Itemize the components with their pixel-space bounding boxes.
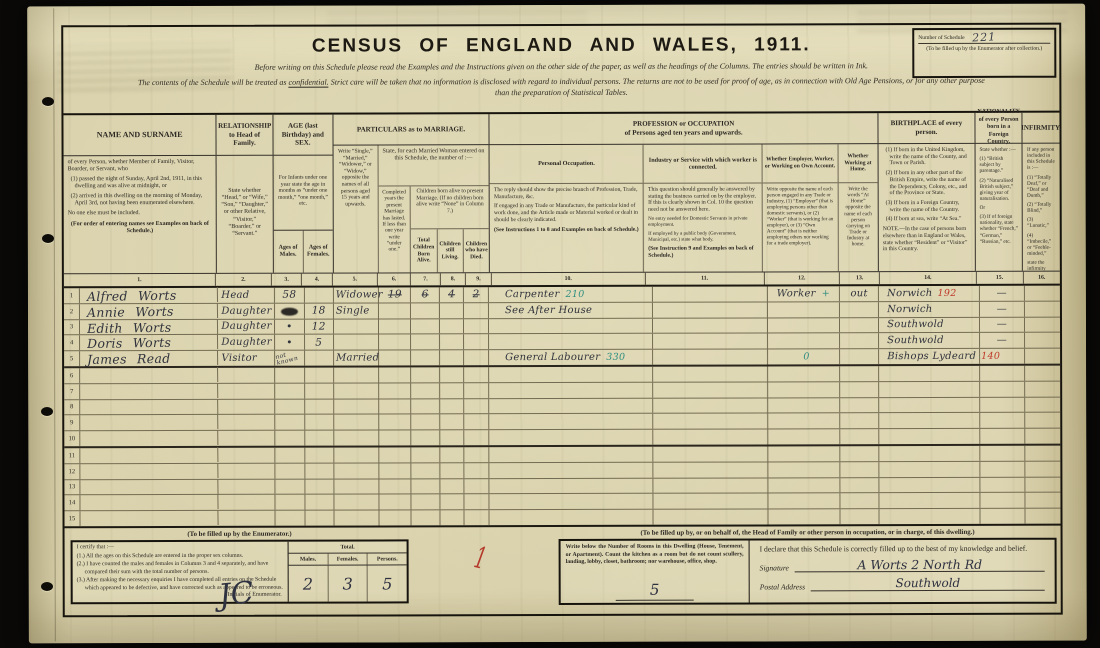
column-header-children-living: Children still Living.: [437, 229, 463, 272]
birthplace-cell: [879, 462, 980, 477]
children-total-cell: [411, 319, 439, 334]
at-home-cell: [841, 429, 880, 444]
column-header-ages-females: Ages of Females.: [304, 231, 333, 273]
column-header-birthplace: BIRTHPLACE of every person. (1) If born …: [878, 113, 975, 271]
column-number: 12.: [764, 272, 840, 284]
relationship-cell: [219, 448, 276, 463]
children-living-cell: [440, 383, 465, 398]
industry-cell: [653, 334, 767, 349]
infirmity-cell: [1025, 366, 1060, 381]
birthplace-cell: Bishops Lydeard140: [879, 349, 980, 364]
children-total-cell: [412, 495, 440, 510]
marital-condition-cell: [334, 431, 380, 446]
children-died-cell: [464, 335, 489, 350]
row-number: 3: [64, 320, 80, 335]
years-married-cell: [380, 479, 412, 494]
marital-condition-cell: [334, 511, 380, 526]
row-number: 1: [64, 288, 80, 303]
married-woman-statement: State, for each Married Woman entered on…: [378, 145, 489, 186]
years-married-cell: [379, 303, 411, 318]
employment-status-cell: [768, 478, 841, 493]
birthplace-cell: [879, 397, 980, 412]
children-died-cell: [465, 479, 490, 494]
age-females-cell: [305, 383, 334, 398]
name-cell: [80, 414, 218, 431]
years-married-cell: [379, 351, 411, 366]
column-number: 3.: [272, 274, 302, 286]
infirmity-cell: [1025, 333, 1060, 348]
occupation-cell: [489, 494, 653, 509]
age-males-cell: 58: [275, 288, 304, 303]
column-header-nationality: NATIONALITY of every Person born in a Fo…: [975, 113, 1023, 271]
table-row: 15: [64, 509, 1060, 526]
column-header-marital-condition: Write “Single,” “Married,” “Widower,” or…: [334, 145, 379, 272]
totals-persons-value: 5: [368, 565, 407, 601]
marital-condition-cell: [334, 463, 380, 478]
age-females-cell: [305, 495, 334, 510]
children-total-cell: [412, 447, 440, 462]
children-born-header: Children born alive to present Marriage.…: [411, 186, 489, 229]
row-number: 2: [64, 304, 80, 319]
infirmity-cell: [1025, 301, 1060, 316]
age-females-cell: 12: [305, 319, 334, 334]
children-died-cell: [464, 303, 489, 318]
signature-label: Signature: [760, 563, 789, 572]
infirmity-cell: [1025, 349, 1060, 364]
nationality-cell: [980, 477, 1025, 492]
census-form-paper: Number of Schedule 221 (To be filled up …: [27, 4, 1087, 644]
name-cell: [80, 399, 218, 416]
schedule-number-note: (To be filled up by the Enumerator after…: [918, 46, 1050, 53]
relationship-cell: [219, 479, 276, 494]
children-living-cell: [440, 415, 465, 430]
row-number: 7: [64, 384, 80, 399]
birthplace-cell: Norwich192: [879, 286, 980, 301]
at-home-cell: out: [840, 286, 879, 301]
marital-condition-cell: [334, 399, 380, 414]
employment-status-cell: [768, 302, 841, 317]
age-females-cell: [305, 431, 334, 446]
rooms-value: 5: [616, 581, 694, 601]
enumerator-heading: (To be filled up by the Enumerator.): [71, 530, 409, 538]
infirmity-cell: [1026, 493, 1061, 508]
form-title: CENSUS OF ENGLAND AND WALES, 1911.: [63, 34, 1059, 59]
enumerator-certification: I certify that :— (1.) All the ages on t…: [73, 542, 288, 603]
occupation-cell: [489, 334, 653, 349]
infirmity-cell: [1025, 413, 1060, 428]
name-cell: [80, 430, 218, 447]
name-cell: Doris Worts: [80, 334, 218, 351]
nationality-cell: —: [980, 317, 1025, 332]
children-total-cell: [412, 350, 440, 365]
postal-address-label: Postal Address: [760, 582, 805, 591]
children-total-cell: [412, 430, 440, 445]
age-males-cell: [276, 463, 305, 478]
instruction-line-2: The contents of the Schedule will be tre…: [63, 75, 1059, 99]
children-living-cell: [440, 463, 465, 478]
industry-cell: [653, 318, 767, 333]
ink-bleedthrough: [327, 7, 587, 24]
industry-cell: [654, 462, 768, 477]
industry-cell: [653, 382, 767, 397]
age-females-cell: [305, 399, 334, 414]
infirmity-cell: [1025, 397, 1060, 412]
age-males-cell: [276, 479, 305, 494]
column-header-relationship: RELATIONSHIP to Head of Family. State wh…: [217, 115, 274, 273]
relationship-cell: [219, 415, 276, 430]
nationality-cell: [980, 397, 1025, 412]
birthplace-cell: [880, 477, 981, 492]
children-living-cell: [440, 319, 465, 334]
industry-cell: [653, 350, 767, 365]
postal-address-value: Southwold: [811, 577, 1045, 592]
age-males-cell: [276, 511, 305, 526]
at-home-cell: [840, 318, 879, 333]
years-married-cell: [380, 399, 412, 414]
children-living-cell: [440, 367, 465, 382]
age-females-cell: [305, 479, 334, 494]
birthplace-cell: [880, 509, 981, 524]
red-tally-mark: 1: [471, 543, 488, 575]
years-married-cell: 19: [379, 287, 411, 302]
marital-condition-cell: [334, 367, 380, 382]
row-number: 9: [64, 416, 80, 431]
nationality-cell: [980, 366, 1025, 381]
enumerator-initials-signature: JC: [217, 573, 256, 616]
children-total-cell: [412, 510, 440, 525]
age-females-cell: 5: [305, 335, 334, 350]
infirmity-cell: [1025, 429, 1060, 444]
marital-condition-cell: [334, 447, 380, 462]
column-header-profession: PROFESSION or OCCUPATIONof Persons aged …: [490, 113, 879, 272]
at-home-cell: [841, 509, 880, 524]
column-number: 15.: [976, 272, 1023, 284]
occupation-cell: [489, 383, 653, 398]
children-died-cell: 2: [464, 287, 489, 302]
name-cell: [80, 463, 218, 480]
birthplace-cell: [879, 366, 980, 381]
children-died-cell: [465, 510, 490, 525]
marital-condition-cell: [334, 383, 380, 398]
name-cell: [80, 367, 218, 384]
years-married-cell: [379, 335, 411, 350]
footer-gap: 1: [409, 530, 559, 614]
children-total-cell: [412, 463, 440, 478]
children-living-cell: [440, 510, 465, 525]
marital-condition-cell: Married: [334, 351, 380, 366]
industry-cell: [653, 302, 767, 317]
column-header-age: AGE (last Birthday) and SEX. For Infants…: [273, 115, 334, 273]
relationship-cell: [219, 511, 276, 526]
signature-value: A Worts 2 North Rd: [795, 558, 1045, 573]
name-cell: Edith Worts: [80, 319, 218, 336]
age-females-cell: 18: [304, 303, 333, 318]
birthplace-cell: Southwold: [879, 333, 980, 348]
infirmity-cell: [1025, 317, 1060, 332]
name-cell: [80, 447, 218, 464]
children-died-cell: [464, 319, 489, 334]
infirmity-cell: [1025, 381, 1060, 396]
relationship-cell: [219, 384, 276, 399]
rooms-box: Write below the Number of Rooms in this …: [561, 540, 750, 602]
form-frame: Number of Schedule 221 (To be filled up …: [61, 23, 1063, 618]
children-total-cell: [412, 399, 440, 414]
employment-status-cell: [768, 366, 841, 381]
householder-section: (To be filled up by, or on behalf of, th…: [559, 529, 1057, 614]
years-married-cell: [380, 415, 412, 430]
column-number: 16.: [1024, 272, 1060, 284]
row-number: 5: [64, 351, 80, 366]
children-living-cell: [440, 335, 465, 350]
industry-cell: [654, 430, 768, 445]
marital-condition-cell: Single: [334, 303, 380, 318]
occupation-cell: General Labourer330: [489, 350, 653, 365]
age-males-cell: [276, 431, 305, 446]
column-number: 6.: [378, 273, 411, 285]
declaration-box: I declare that this Schedule is correctl…: [750, 540, 1055, 603]
column-number: 11.: [646, 272, 765, 284]
column-number: 7.: [411, 273, 440, 285]
column-header-personal-occupation: Personal Occupation. The reply should sh…: [490, 145, 644, 272]
name-cell: Annie Worts: [80, 303, 218, 320]
schedule-number-box: Number of Schedule 221 (To be filled up …: [912, 28, 1056, 78]
column-header-industry: Industry or Service with which worker is…: [644, 144, 763, 271]
totals-persons-label: Persons.: [368, 553, 407, 564]
enumerator-section: (To be filled up by the Enumerator.) I c…: [71, 530, 409, 615]
age-males-cell: [276, 495, 305, 510]
at-home-cell: [841, 494, 880, 509]
relationship-cell: [218, 368, 275, 383]
occupation-cell: [489, 430, 653, 445]
industry-cell: [654, 414, 768, 429]
column-number: 13.: [840, 272, 880, 284]
employment-status-cell: [768, 414, 841, 429]
column-header-working-at-home: Whether Working at Home. Write the words…: [838, 144, 878, 271]
industry-cell: [653, 286, 767, 301]
age-females-cell: [304, 288, 333, 303]
age-males-cell: [275, 383, 304, 398]
nationality-cell: [980, 446, 1025, 461]
children-living-cell: [440, 479, 465, 494]
occupation-cell: Carpenter210: [489, 287, 653, 302]
children-total-cell: [412, 335, 440, 350]
occupation-cell: [489, 447, 653, 462]
nationality-cell: —: [980, 286, 1025, 301]
birthplace-cell: [879, 446, 980, 461]
marital-condition-cell: Widower: [334, 287, 380, 302]
children-died-cell: [465, 383, 490, 398]
birthplace-cell: Southwold: [879, 317, 980, 332]
column-header-children-total: Total Children Born Alive.: [411, 229, 437, 272]
infirmity-cell: [1025, 286, 1060, 301]
employment-status-cell: [768, 494, 841, 509]
relationship-cell: [219, 464, 276, 479]
infirmity-cell: [1025, 446, 1060, 461]
schedule-number-value: 221: [972, 33, 996, 42]
occupation-cell: [489, 414, 653, 429]
children-total-cell: 6: [411, 287, 439, 302]
totals-males-label: Males.: [289, 554, 329, 565]
industry-cell: [654, 510, 768, 525]
row-number: 15: [64, 511, 80, 526]
census-photo: Number of Schedule 221 (To be filled up …: [0, 0, 1100, 648]
age-males-cell: [276, 448, 305, 463]
birthplace-cell: Norwich: [879, 302, 980, 317]
children-died-cell: [465, 350, 490, 365]
at-home-cell: [841, 446, 880, 461]
industry-cell: [654, 478, 768, 493]
totals-females-label: Females.: [328, 553, 368, 564]
row-number: 10: [64, 431, 80, 446]
at-home-cell: [840, 302, 879, 317]
age-females-cell: [305, 415, 334, 430]
column-number: 9.: [466, 273, 492, 285]
children-died-cell: [465, 415, 490, 430]
age-females-cell: [305, 368, 334, 383]
at-home-cell: [841, 414, 880, 429]
name-cell: Alfred Worts: [80, 287, 218, 304]
industry-cell: [654, 398, 768, 413]
at-home-cell: [841, 478, 880, 493]
marital-condition-cell: [334, 479, 380, 494]
industry-cell: [654, 446, 768, 461]
nationality-cell: [980, 382, 1025, 397]
name-cell: James Read: [80, 350, 218, 367]
occupation-cell: [489, 367, 653, 382]
relationship-cell: Daughter: [218, 319, 275, 334]
confidential-underlined: confidential.: [288, 77, 328, 87]
relationship-cell: Daughter: [218, 335, 275, 350]
employment-status-cell: [768, 509, 841, 524]
occupation-cell: [490, 510, 654, 525]
children-died-cell: [465, 430, 490, 445]
infirmity-cell: [1025, 477, 1060, 492]
column-number: 14.: [880, 272, 976, 284]
nationality-cell: [980, 462, 1025, 477]
column-number: 1.: [64, 274, 216, 286]
row-number: 12: [64, 464, 80, 479]
name-cell: [80, 494, 218, 511]
occupation-cell: [489, 463, 653, 478]
at-home-cell: [840, 349, 879, 364]
row-number: 8: [64, 400, 80, 415]
table-header: NAME AND SURNAME of every Person, whethe…: [63, 113, 1059, 274]
relationship-cell: [219, 431, 276, 446]
at-home-cell: [840, 334, 879, 349]
occupation-cell: [489, 398, 653, 413]
row-number: 4: [64, 336, 80, 351]
birthplace-cell: [880, 493, 981, 508]
census-table-body: 1 Alfred Worts Head 58 Widower 19 6 4 2 …: [64, 286, 1061, 529]
hole-punch: [41, 582, 53, 591]
years-married-cell: [379, 383, 411, 398]
birthplace-cell: [879, 429, 980, 444]
age-males-cell: •: [275, 319, 304, 334]
column-header-children-died: Children who have Died.: [464, 229, 489, 272]
column-header-ages-males: Ages of Males.: [273, 231, 303, 273]
years-married-cell: [379, 319, 411, 334]
hole-punch: [42, 97, 54, 106]
column-number: 2.: [216, 274, 272, 286]
form-header: Number of Schedule 221 (To be filled up …: [63, 25, 1059, 114]
relationship-cell: Visitor: [218, 351, 275, 366]
age-females-cell: [305, 351, 334, 366]
hole-punch: [42, 234, 54, 243]
employment-status-cell: [768, 318, 841, 333]
nationality-cell: [980, 509, 1025, 524]
children-died-cell: [465, 447, 490, 462]
column-header-marriage: PARTICULARS as to MARRIAGE. Write “Singl…: [333, 114, 490, 272]
employment-status-cell: 0: [768, 349, 841, 364]
occupation-cell: [489, 478, 653, 493]
industry-cell: [654, 494, 768, 509]
totals-males-value: 2: [289, 566, 329, 602]
at-home-cell: [841, 382, 880, 397]
marital-condition-cell: [334, 415, 380, 430]
infirmity-cell: [1026, 509, 1061, 524]
column-header-infirmity: INFIRMITY. If any person included in thi…: [1023, 113, 1060, 271]
years-married-cell: [380, 431, 412, 446]
at-home-cell: [841, 462, 880, 477]
binding-margin-line: [53, 8, 56, 641]
children-living-cell: [440, 350, 465, 365]
marital-condition-cell: [334, 319, 380, 334]
nationality-cell: [980, 413, 1025, 428]
employment-status-cell: [768, 462, 841, 477]
children-total-cell: [412, 415, 440, 430]
years-married-cell: [380, 447, 412, 462]
employment-status-cell: [768, 398, 841, 413]
occupation-cell: [489, 318, 653, 333]
relationship-cell: [219, 399, 276, 414]
years-married-cell: [380, 463, 412, 478]
age-females-cell: [305, 511, 334, 526]
employment-status-cell: [768, 429, 841, 444]
row-number: 13: [64, 480, 80, 495]
employment-status-cell: [768, 382, 841, 397]
row-number: 14: [64, 496, 80, 511]
infirmity-cell: [1025, 461, 1060, 476]
nationality-cell: —: [980, 333, 1025, 348]
hole-punch: [41, 407, 53, 416]
age-males-cell: not known: [275, 351, 304, 366]
marital-condition-cell: [334, 495, 380, 510]
children-living-cell: 4: [440, 287, 465, 302]
children-living-cell: [440, 495, 465, 510]
column-header-employment-status: Whether Employer, Worker, or Working on …: [763, 144, 839, 271]
declaration-text: I declare that this Schedule is correctl…: [760, 544, 1045, 554]
age-males-cell: [275, 415, 304, 430]
age-females-cell: [305, 463, 334, 478]
column-number: 10.: [492, 273, 646, 285]
children-total-cell: [412, 383, 440, 398]
at-home-cell: [840, 366, 879, 381]
column-number: 5.: [333, 273, 378, 285]
children-living-cell: [440, 399, 465, 414]
relationship-cell: Daughter: [218, 304, 275, 319]
relationship-cell: [219, 495, 276, 510]
totals-table: Total. Males. Females. Persons. 2 3 5: [288, 541, 407, 601]
age-males-cell: [275, 368, 304, 383]
column-header-years-married: Completed years the present Marriage has…: [378, 186, 411, 272]
employment-status-cell: [768, 334, 841, 349]
census-table: NAME AND SURNAME of every Person, whethe…: [63, 111, 1060, 529]
employment-status-cell: [768, 446, 841, 461]
nationality-cell: —: [980, 302, 1025, 317]
birthplace-cell: [879, 382, 980, 397]
children-living-cell: [440, 447, 465, 462]
occupation-cell: See After House: [489, 303, 653, 318]
